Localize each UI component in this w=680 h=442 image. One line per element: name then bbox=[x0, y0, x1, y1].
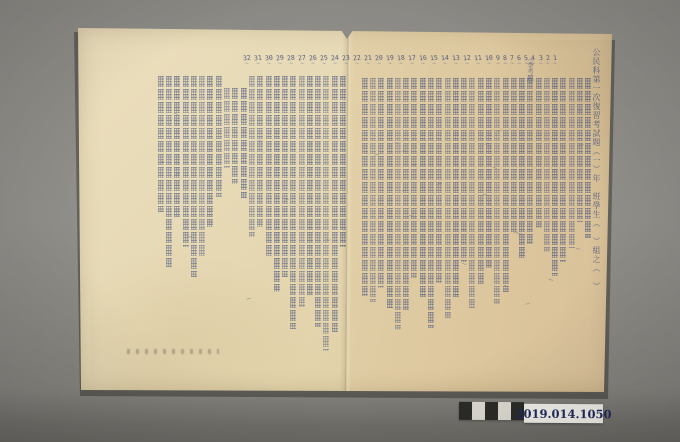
question-number: 14∼ bbox=[441, 55, 449, 66]
ink-check-mark: ∼ bbox=[373, 152, 380, 160]
handwritten-text-column bbox=[420, 78, 426, 298]
scale-bar-square bbox=[459, 402, 472, 420]
question-number-row: 1∼2∼3∼4∼5∼6∼7∼8∼9∼10∼11∼12∼13∼14∼15∼16∼1… bbox=[243, 55, 557, 69]
question-number: 6∼ bbox=[517, 55, 521, 66]
handwritten-text-column bbox=[370, 78, 376, 302]
ink-check-mark: ∼ bbox=[172, 111, 179, 119]
question-number: 5∼ bbox=[524, 55, 528, 66]
ink-check-mark: ∼ bbox=[578, 142, 585, 150]
question-number: 18∼ bbox=[397, 55, 405, 66]
question-number: 15∼ bbox=[430, 55, 438, 66]
handwritten-text-column bbox=[469, 78, 475, 308]
handwritten-text-column bbox=[183, 76, 189, 247]
handwritten-text-column bbox=[411, 78, 417, 278]
question-number: 22∼ bbox=[353, 55, 361, 66]
handwritten-text-column bbox=[453, 78, 459, 298]
handwritten-text-column bbox=[552, 78, 558, 276]
handwritten-text-column bbox=[503, 78, 509, 292]
handwritten-text-column bbox=[199, 76, 205, 257]
question-number: 17∼ bbox=[408, 55, 416, 66]
question-number: 13∼ bbox=[452, 55, 460, 66]
handwritten-text-column bbox=[494, 78, 500, 304]
ink-check-mark: ∼ bbox=[551, 151, 557, 158]
handwritten-text-column bbox=[387, 78, 393, 308]
question-number: 1∼ bbox=[553, 55, 557, 66]
ink-check-mark: ∼ bbox=[411, 162, 417, 169]
ink-check-mark: ∼ bbox=[160, 158, 167, 166]
handwritten-text-column bbox=[536, 78, 542, 228]
handwritten-text-column bbox=[527, 78, 533, 244]
handwritten-text-column bbox=[577, 78, 583, 222]
question-number: 25∼ bbox=[320, 55, 328, 66]
handwritten-text-column bbox=[486, 78, 492, 268]
manuscript-paper: （季考題） 公民科第一次復習考試題（一）年 班學生（ ）組之（ ） 1∼2∼3∼… bbox=[0, 0, 680, 442]
pencil-annotation bbox=[127, 349, 219, 354]
question-number: 20∼ bbox=[375, 55, 383, 66]
question-number: 7∼ bbox=[510, 55, 514, 66]
question-number: 10∼ bbox=[485, 55, 493, 66]
exam-title: 公民科第一次復習考試題（一）年 班學生（ ）組之（ ） bbox=[591, 48, 602, 350]
photo-scale-bar bbox=[459, 402, 524, 420]
question-number: 27∼ bbox=[298, 55, 306, 66]
ink-check-mark: ∼ bbox=[517, 231, 523, 238]
handwritten-text-column bbox=[299, 76, 305, 307]
question-number: 4∼ bbox=[531, 55, 535, 66]
handwritten-text-column bbox=[340, 76, 346, 247]
ink-check-mark: ∼ bbox=[187, 234, 193, 241]
handwritten-text-column bbox=[241, 88, 247, 198]
question-number: 23∼ bbox=[342, 55, 350, 66]
handwritten-text-column bbox=[428, 78, 434, 328]
ink-check-mark: ∼ bbox=[325, 237, 332, 245]
ink-check-mark: ∼ bbox=[408, 213, 414, 220]
handwritten-text-column bbox=[274, 76, 280, 292]
handwritten-text-column bbox=[362, 78, 368, 296]
handwritten-text-column bbox=[249, 76, 255, 237]
handwritten-text-column bbox=[461, 78, 467, 262]
handwritten-text-column bbox=[560, 78, 566, 262]
handwritten-text-column bbox=[174, 76, 180, 217]
handwritten-text-column bbox=[511, 78, 517, 232]
ink-check-mark: ∼ bbox=[394, 140, 400, 147]
ink-check-mark: ∼ bbox=[483, 140, 491, 148]
handwritten-text-column bbox=[569, 78, 575, 248]
ink-check-mark: ∼ bbox=[548, 277, 555, 285]
question-number: 31∼ bbox=[254, 55, 262, 66]
handwritten-text-column bbox=[323, 76, 329, 351]
ink-check-mark: ∼ bbox=[245, 295, 253, 303]
handwritten-text-column bbox=[266, 76, 272, 257]
question-number: 29∼ bbox=[276, 55, 284, 66]
handwritten-text-column bbox=[282, 76, 288, 277]
ink-check-mark: ∼ bbox=[575, 246, 581, 253]
question-number: 32∼ bbox=[243, 55, 251, 66]
handwritten-text-column bbox=[332, 76, 338, 332]
question-number: 21∼ bbox=[364, 55, 372, 66]
question-number: 28∼ bbox=[287, 55, 295, 66]
handwritten-text-column bbox=[158, 76, 164, 212]
handwritten-text-column bbox=[191, 76, 197, 277]
handwritten-text-column bbox=[544, 78, 550, 252]
question-number: 3∼ bbox=[539, 55, 543, 66]
question-number: 19∼ bbox=[386, 55, 394, 66]
question-number: 16∼ bbox=[419, 55, 427, 66]
handwritten-text-column bbox=[224, 88, 230, 168]
handwritten-text-column bbox=[207, 76, 213, 227]
handwritten-text-column bbox=[478, 78, 484, 284]
handwritten-text-column bbox=[378, 78, 384, 288]
catalog-number-plate: 2019.014.1050 bbox=[524, 404, 603, 423]
ink-check-mark: ∼ bbox=[461, 227, 467, 234]
handwritten-text-column bbox=[395, 78, 401, 330]
handwritten-text-column bbox=[216, 76, 222, 197]
handwritten-text-column bbox=[307, 76, 313, 297]
scale-bar-square bbox=[498, 402, 511, 420]
catalog-number: 2019.014.1050 bbox=[515, 406, 611, 421]
question-number: 8∼ bbox=[503, 55, 507, 66]
question-number: 26∼ bbox=[309, 55, 317, 66]
question-number: 24∼ bbox=[331, 55, 339, 66]
ink-check-mark: ∼ bbox=[577, 108, 583, 115]
ink-check-mark: ∼ bbox=[436, 181, 443, 189]
ink-check-mark: ∼ bbox=[257, 138, 263, 145]
question-number: 30∼ bbox=[265, 55, 273, 66]
handwritten-text-column bbox=[232, 88, 238, 184]
handwritten-text-column bbox=[585, 78, 591, 238]
scale-bar-square bbox=[485, 402, 498, 420]
ink-check-mark: ∼ bbox=[482, 192, 488, 200]
question-number: 12∼ bbox=[463, 55, 471, 66]
scale-bar-square bbox=[472, 402, 485, 420]
handwritten-text-column bbox=[257, 76, 263, 227]
ink-check-mark: ∼ bbox=[401, 188, 408, 196]
question-number: 9∼ bbox=[496, 55, 500, 66]
handwritten-text-column bbox=[166, 76, 172, 267]
handwritten-text-column bbox=[315, 76, 321, 327]
question-number: 11∼ bbox=[474, 55, 482, 66]
question-number: 2∼ bbox=[546, 55, 550, 66]
handwritten-text-column bbox=[445, 78, 451, 318]
